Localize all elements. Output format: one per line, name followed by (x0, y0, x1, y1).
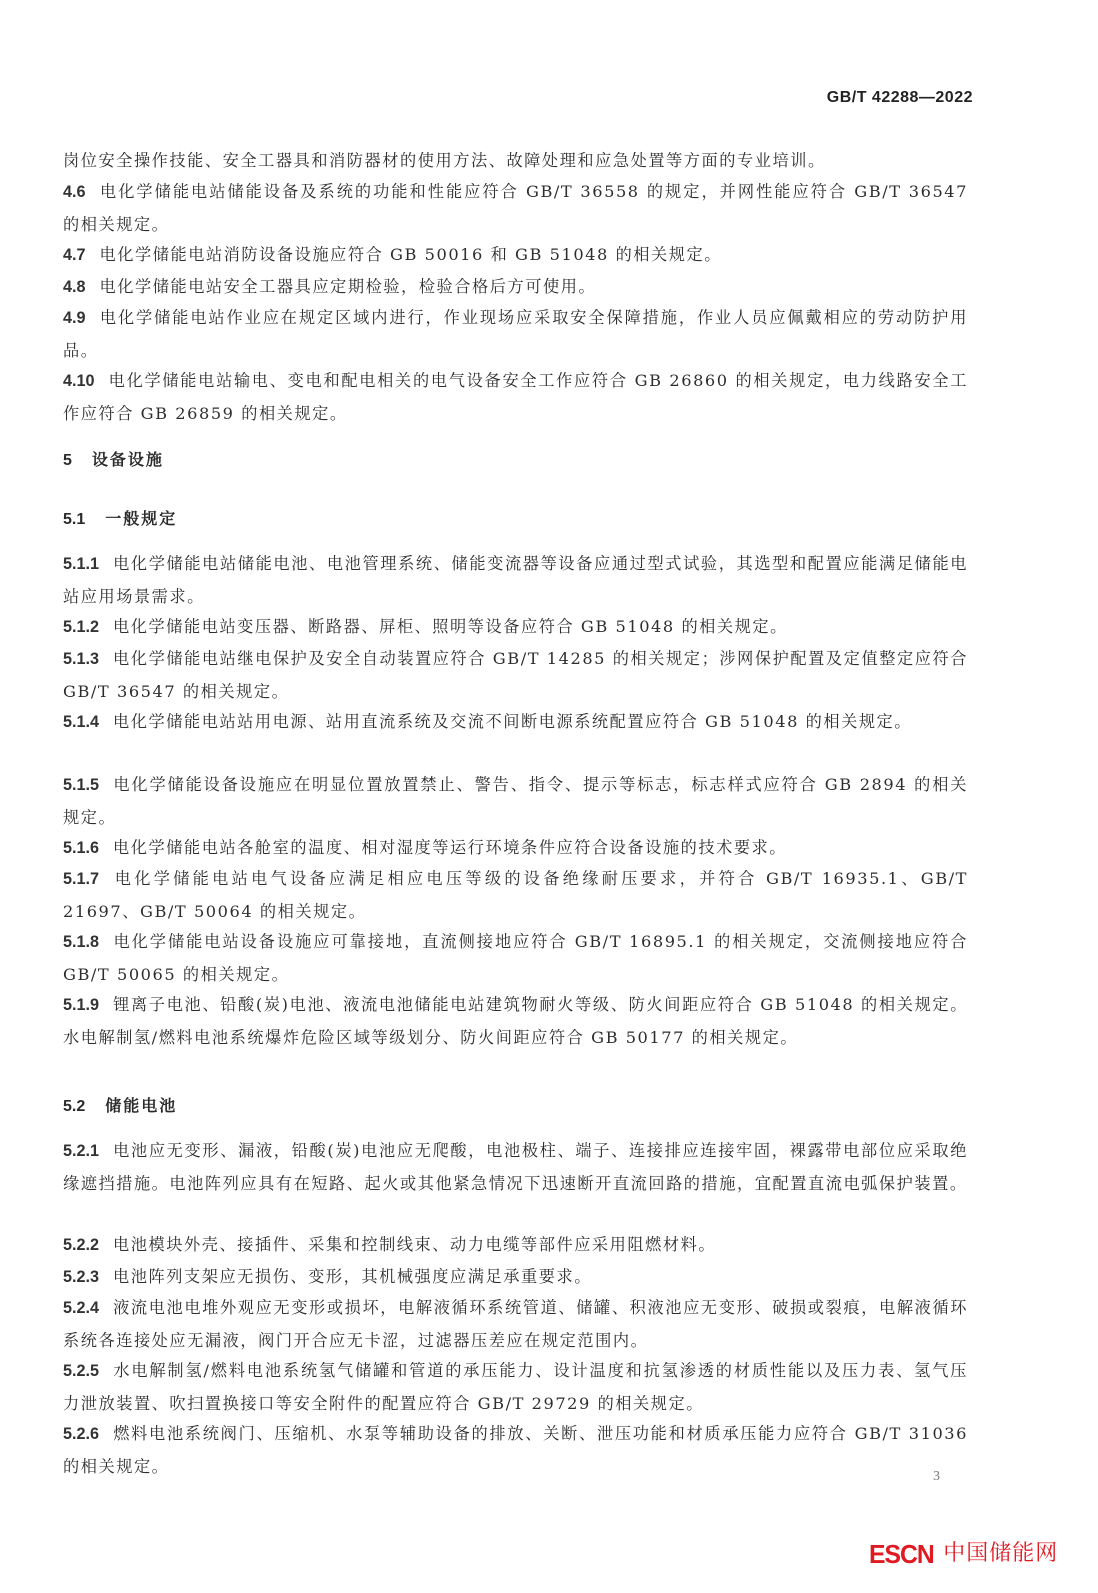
clause-number: 4.10 (63, 372, 95, 390)
clause-number: 5.2.1 (63, 1142, 99, 1160)
section-title: 一般规定 (105, 509, 177, 528)
clause-number: 5.1.7 (63, 870, 99, 888)
clause-paragraph: 5.1.6电化学储能电站各舱室的温度、相对湿度等运行环境条件应符合设备设施的技术… (63, 832, 968, 865)
section-heading: 5设备设施 (63, 447, 968, 470)
section-number: 5.1 (63, 511, 85, 528)
clause-number: 5.1.1 (63, 555, 99, 573)
clause-paragraph: 岗位安全操作技能、安全工器具和消防器材的使用方法、故障处理和应急处置等方面的专业… (63, 145, 968, 177)
clause-number: 5.1.9 (63, 996, 99, 1014)
clause-number: 4.8 (63, 278, 86, 296)
escn-watermark-logo: ESCN 中国储能网 (869, 1541, 1058, 1567)
clause-paragraph: 4.10电化学储能电站输电、变电和配电相关的电气设备安全工作应符合 GB 268… (63, 365, 968, 429)
clause-text: 电化学储能电站电气设备应满足相应电压等级的设备绝缘耐压要求，并符合 GB/T 1… (63, 869, 968, 921)
clause-text: 电化学储能电站设备设施应可靠接地，直流侧接地应符合 GB/T 16895.1 的… (63, 932, 968, 984)
section-heading: 5.1一般规定 (63, 506, 968, 529)
clause-number: 5.1.4 (63, 713, 99, 731)
clause-paragraph: 5.1.2电化学储能电站变压器、断路器、屏柜、照明等设备应符合 GB 51048… (63, 611, 968, 644)
clause-text: 电化学储能电站继电保护及安全自动装置应符合 GB/T 14285 的相关规定；涉… (63, 649, 968, 701)
clause-text: 液流电池电堆外观应无变形或损坏，电解液循环系统管道、储罐、积液池应无变形、破损或… (63, 1298, 968, 1350)
clause-text: 电化学储能电站安全工器具应定期检验，检验合格后方可使用。 (100, 277, 597, 296)
watermark-chinese: 中国储能网 (943, 1543, 1058, 1565)
clause-number: 5.1.5 (63, 776, 99, 794)
clause-text: 电化学储能电站消防设备设施应符合 GB 50016 和 GB 51048 的相关… (100, 245, 722, 264)
clause-paragraph: 5.1.4电化学储能电站站用电源、站用直流系统及交流不间断电源系统配置应符合 G… (63, 706, 968, 739)
document-page: GB/T 42288—2022 岗位安全操作技能、安全工器具和消防器材的使用方法… (0, 0, 1098, 1593)
clause-text: 电化学储能电站各舱室的温度、相对湿度等运行环境条件应符合设备设施的技术要求。 (113, 838, 787, 857)
clause-number: 5.1.2 (63, 618, 99, 636)
clause-paragraph: 5.2.3电池阵列支架应无损伤、变形，其机械强度应满足承重要求。 (63, 1261, 968, 1294)
clause-text: 电化学储能电站站用电源、站用直流系统及交流不间断电源系统配置应符合 GB 510… (113, 712, 912, 731)
clause-paragraph: 4.6电化学储能电站储能设备及系统的功能和性能应符合 GB/T 36558 的规… (63, 176, 968, 240)
clause-number: 5.2.3 (63, 1268, 99, 1286)
clause-number: 5.1.3 (63, 650, 99, 668)
clause-text: 电化学储能电站储能设备及系统的功能和性能应符合 GB/T 36558 的规定，并… (63, 182, 968, 234)
clause-text: 电池应无变形、漏液，铅酸(炭)电池应无爬酸，电池极柱、端子、连接排应连接牢固，裸… (63, 1141, 968, 1193)
clause-number: 5.2.4 (63, 1299, 99, 1317)
section-title: 设备设施 (92, 450, 164, 469)
clause-paragraph: 5.2.2电池模块外壳、接插件、采集和控制线束、动力电缆等部件应采用阻燃材料。 (63, 1229, 968, 1262)
section-heading: 5.2储能电池 (63, 1093, 968, 1116)
section-number: 5.2 (63, 1098, 85, 1115)
clause-paragraph: 5.1.7电化学储能电站电气设备应满足相应电压等级的设备绝缘耐压要求，并符合 G… (63, 863, 968, 927)
clause-text: 电化学储能设备设施应在明显位置放置禁止、警告、指令、提示等标志，标志样式应符合 … (63, 775, 968, 827)
clause-text: 电化学储能电站输电、变电和配电相关的电气设备安全工作应符合 GB 26860 的… (63, 371, 968, 423)
page-number: 3 (933, 1469, 940, 1485)
watermark-latin: ESCN (869, 1541, 934, 1567)
clause-number: 4.7 (63, 246, 86, 264)
standard-code: GB/T 42288—2022 (827, 89, 973, 107)
clause-text: 电化学储能电站作业应在规定区域内进行，作业现场应采取安全保障措施，作业人员应佩戴… (63, 308, 968, 360)
clause-paragraph: 4.7电化学储能电站消防设备设施应符合 GB 50016 和 GB 51048 … (63, 239, 968, 272)
clause-paragraph: 4.8电化学储能电站安全工器具应定期检验，检验合格后方可使用。 (63, 271, 968, 304)
clause-paragraph: 5.1.3电化学储能电站继电保护及安全自动装置应符合 GB/T 14285 的相… (63, 643, 968, 707)
section-title: 储能电池 (105, 1096, 177, 1115)
clause-text: 电化学储能电站变压器、断路器、屏柜、照明等设备应符合 GB 51048 的相关规… (113, 617, 788, 636)
clause-paragraph: 5.2.4液流电池电堆外观应无变形或损坏，电解液循环系统管道、储罐、积液池应无变… (63, 1292, 968, 1356)
clause-text: 水电解制氢/燃料电池系统氢气储罐和管道的承压能力、设计温度和抗氢渗透的材质性能以… (63, 1361, 968, 1413)
clause-paragraph: 5.2.5水电解制氢/燃料电池系统氢气储罐和管道的承压能力、设计温度和抗氢渗透的… (63, 1355, 968, 1419)
clause-number: 5.2.6 (63, 1425, 99, 1443)
clause-number: 5.1.6 (63, 839, 99, 857)
clause-text: 锂离子电池、铅酸(炭)电池、液流电池储能电站建筑物耐火等级、防火间距应符合 GB… (63, 995, 968, 1047)
clause-text: 电池模块外壳、接插件、采集和控制线束、动力电缆等部件应采用阻燃材料。 (113, 1235, 716, 1254)
clause-text: 电池阵列支架应无损伤、变形，其机械强度应满足承重要求。 (113, 1267, 592, 1286)
clause-number: 4.6 (63, 183, 86, 201)
clause-text: 岗位安全操作技能、安全工器具和消防器材的使用方法、故障处理和应急处置等方面的专业… (63, 151, 826, 170)
clause-paragraph: 5.1.9锂离子电池、铅酸(炭)电池、液流电池储能电站建筑物耐火等级、防火间距应… (63, 989, 968, 1053)
clause-number: 5.2.2 (63, 1236, 99, 1254)
clause-paragraph: 5.2.6燃料电池系统阀门、压缩机、水泵等辅助设备的排放、关断、泄压功能和材质承… (63, 1418, 968, 1482)
clause-paragraph: 5.1.5电化学储能设备设施应在明显位置放置禁止、警告、指令、提示等标志，标志样… (63, 769, 968, 833)
clause-paragraph: 5.1.1电化学储能电站储能电池、电池管理系统、储能变流器等设备应通过型式试验，… (63, 548, 968, 612)
clause-text: 电化学储能电站储能电池、电池管理系统、储能变流器等设备应通过型式试验，其选型和配… (63, 554, 968, 606)
clause-number: 5.2.5 (63, 1362, 99, 1380)
clause-paragraph: 4.9电化学储能电站作业应在规定区域内进行，作业现场应采取安全保障措施，作业人员… (63, 302, 968, 366)
clause-paragraph: 5.1.8电化学储能电站设备设施应可靠接地，直流侧接地应符合 GB/T 1689… (63, 926, 968, 990)
section-number: 5 (63, 452, 72, 469)
clause-number: 4.9 (63, 309, 86, 327)
clause-paragraph: 5.2.1电池应无变形、漏液，铅酸(炭)电池应无爬酸，电池极柱、端子、连接排应连… (63, 1135, 968, 1199)
clause-number: 5.1.8 (63, 933, 99, 951)
clause-text: 燃料电池系统阀门、压缩机、水泵等辅助设备的排放、关断、泄压功能和材质承压能力应符… (63, 1424, 968, 1476)
